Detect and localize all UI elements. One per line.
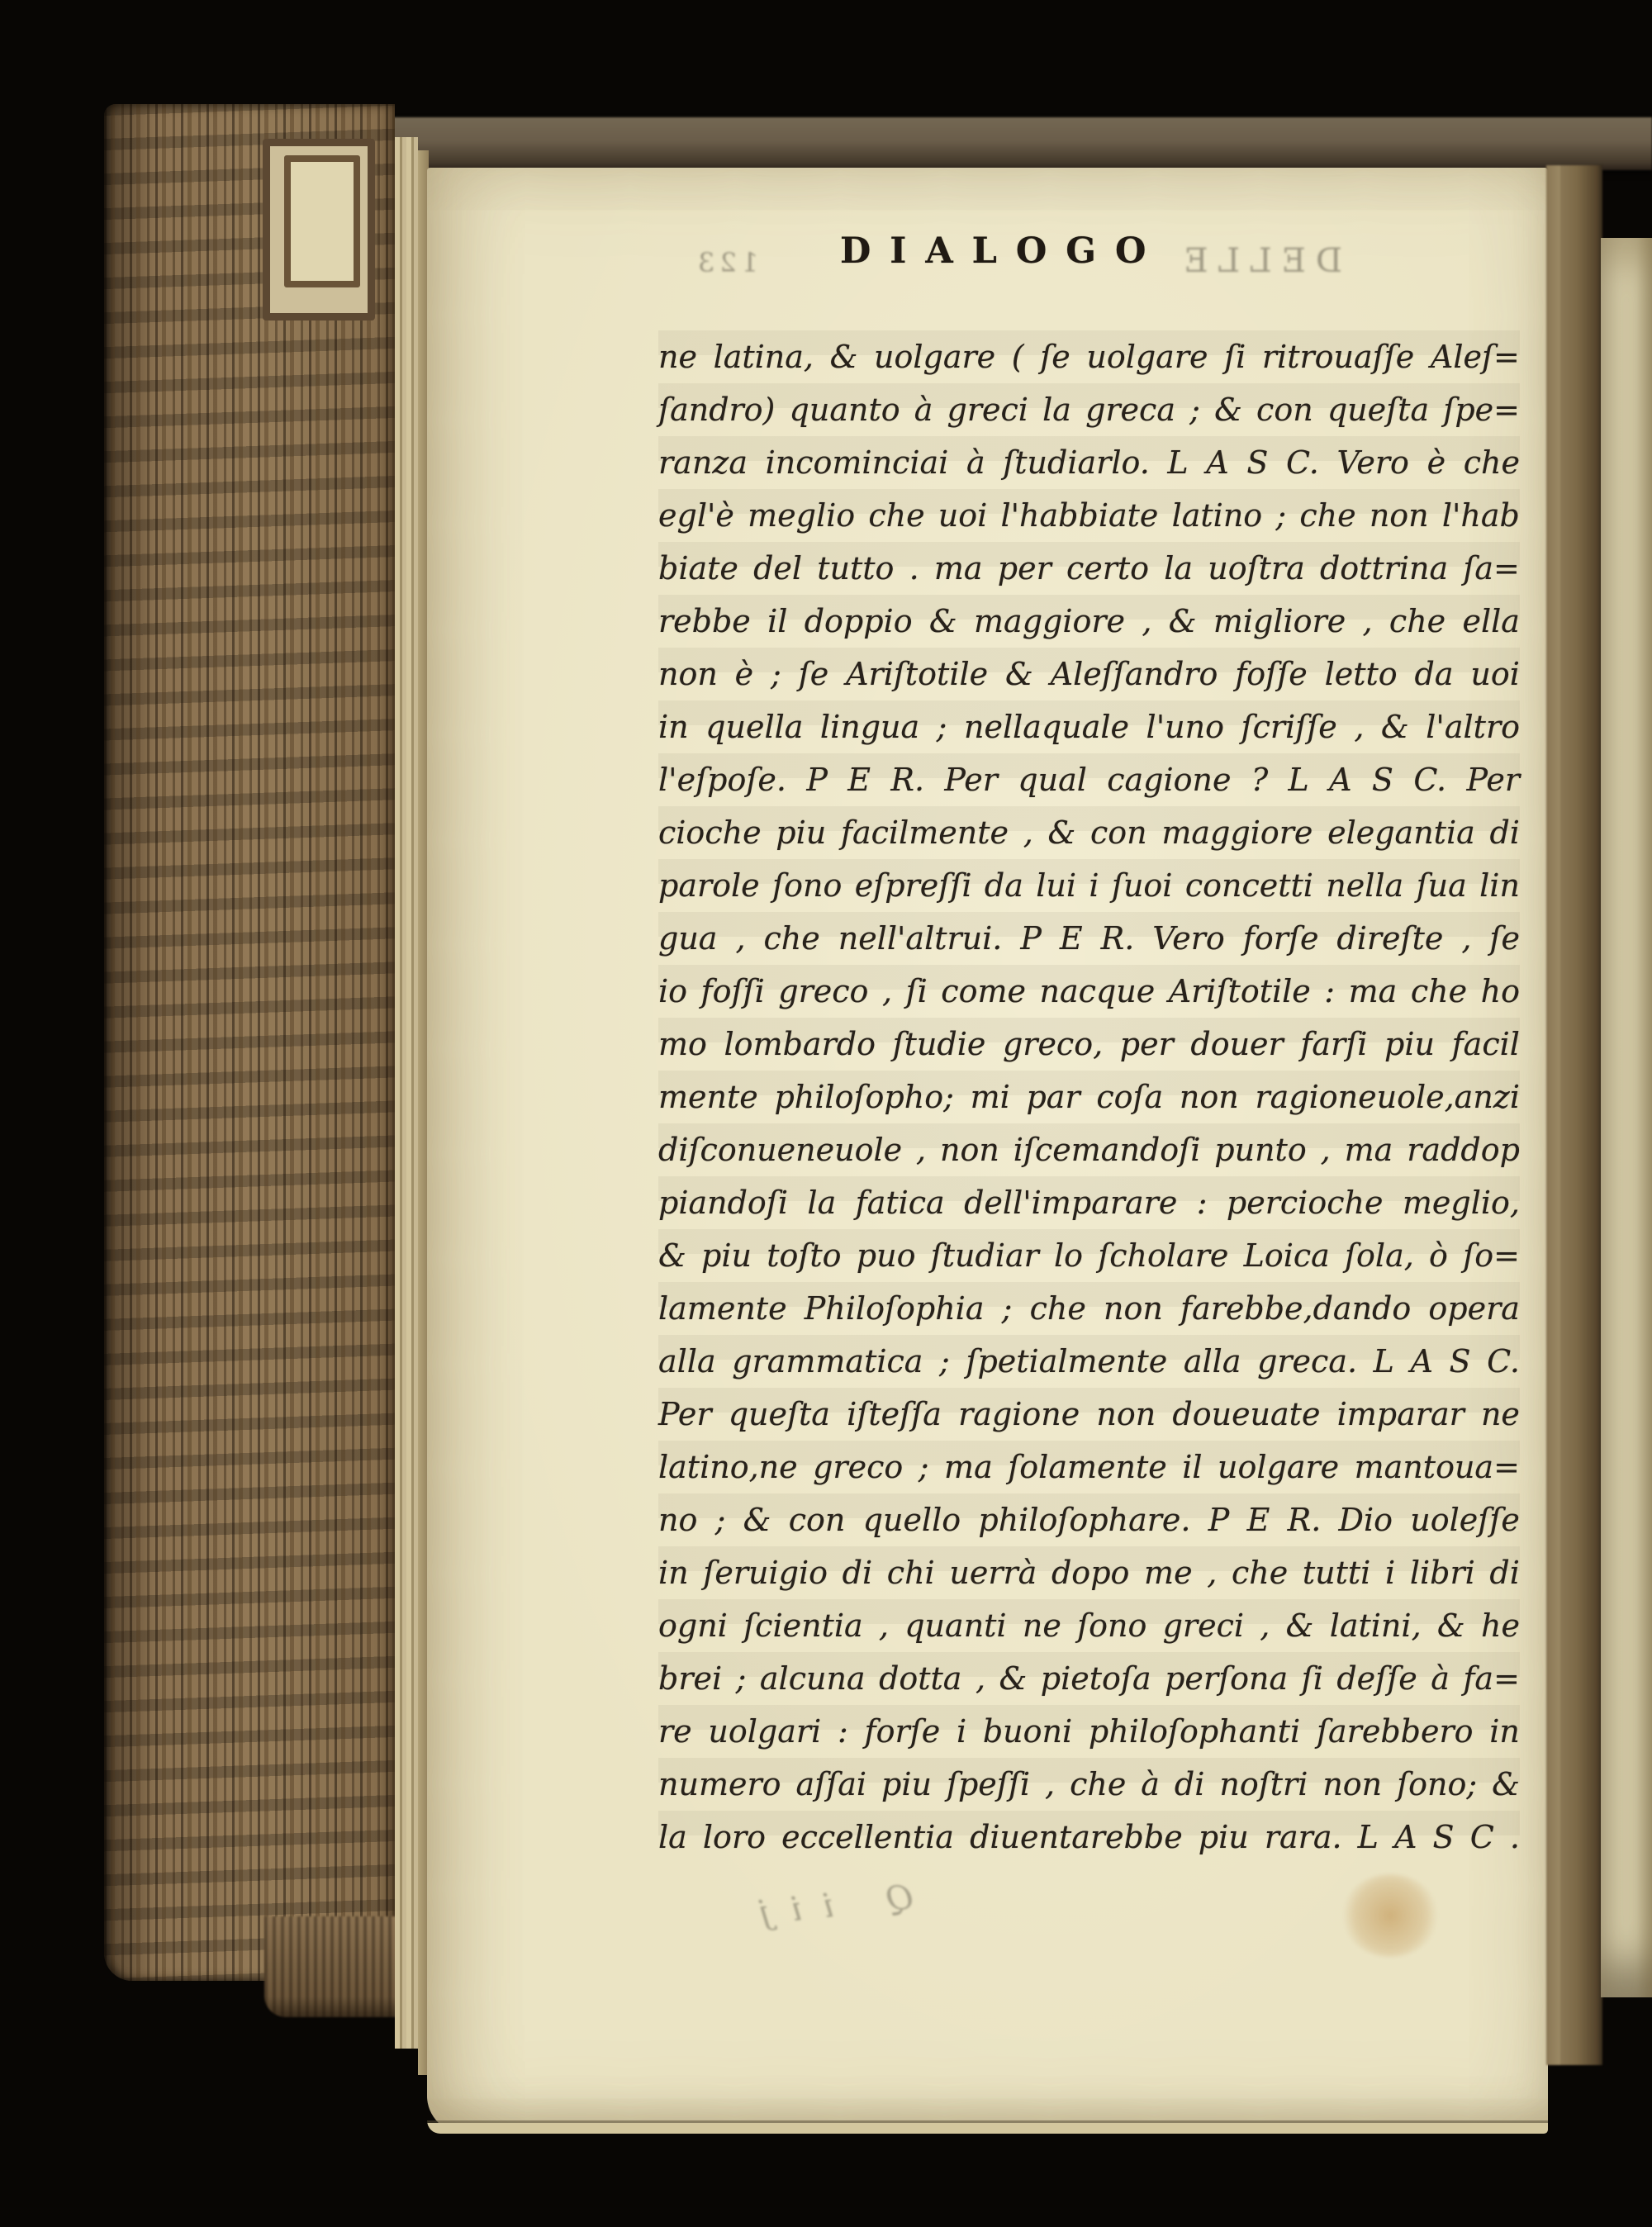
text-line: no;&conquellophiloſophare.PER.Diouoleſſe [658,1493,1520,1546]
text-line: egl'èmegliocheuoil'habbiatelatino;chenon… [658,489,1520,542]
text-line: rebbeildoppio&maggiore,&migliore,cheella [658,595,1520,648]
text-line: ſandro)quantoàgrecilagreca;&conqueſtaſpe… [658,383,1520,436]
text-line: lamentePhiloſophia;chenonfarebbe,dandoop… [658,1282,1520,1335]
paper-stain [1342,1874,1438,1957]
page-edge-strip [395,137,418,2049]
text-line: latino,negreco;maſolamenteiluolgaremanto… [658,1441,1520,1493]
text-line: reuolgari:forſeibuoniphiloſophantiſarebb… [658,1705,1520,1758]
gutter-shadow [1546,165,1602,2065]
book-page: 123 D I A L O G O DELLE LING nelatina,&u… [427,168,1548,2134]
text-line: ogniſcientia,quantineſonogreci,&latini,&… [658,1599,1520,1652]
showthrough-running-title: DELLE LING [1185,242,1342,280]
text-line: brei;alcunadotta,&pietoſaperſonaſideſſeà… [658,1652,1520,1705]
text-line: piandoſilafaticadell'imparare:perciochem… [658,1176,1520,1229]
text-line: paroleſonoeſpreſſidaluiiſuoiconcettinell… [658,859,1520,912]
text-line: laloroeccellentiadiuentarebbepiurara.LAS… [658,1811,1520,1864]
text-line: Perqueſtaiſteſſaragionenondoueuateimpara… [658,1388,1520,1441]
text-line: biatedeltutto.mapercertolauoſtradottrina… [658,542,1520,595]
text-line: diſconueneuole,noniſcemandoſipunto,marad… [658,1123,1520,1176]
page-bottom-edge [427,2120,1548,2134]
text-line: inſeruigiodichiuerràdopome,chetuttiilibr… [658,1546,1520,1599]
showthrough-signature: Q iij [736,1878,915,1935]
fore-edge-page-stack [104,104,395,1981]
text-block: nelatina,&uolgare(ſeuolgareſiritrouaſſeA… [658,330,1520,1864]
text-line: &piutoſtopuoſtudiarloſcholareLoicaſola,ò… [658,1229,1520,1282]
text-line: nonè;ſeAriſtotile&Aleſſandrofoſſelettoda… [658,648,1520,700]
text-line: ranzaincominciaiàſtudiarlo.LASC.Veroèche [658,436,1520,489]
text-line: iofoſſigreco,ſicomenacqueAriſtotile:mach… [658,965,1520,1018]
facing-page-edge [1601,238,1652,1997]
book-scan: 123 D I A L O G O DELLE LING nelatina,&u… [0,0,1652,2227]
text-line: mentephiloſopho;miparcoſanonragioneuole,… [658,1071,1520,1123]
text-line: nelatina,&uolgare(ſeuolgareſiritrouaſſeA… [658,330,1520,383]
text-line: allagrammatica;ſpetialmenteallagreca.LAS… [658,1335,1520,1388]
text-line: molombardoſtudiegreco,perdouerfarſipiufa… [658,1018,1520,1071]
showthrough-page-number: 123 [693,247,758,278]
text-line: gua,chenell'altrui.PER.Veroforſedireſte,… [658,912,1520,965]
text-line: ciochepiufacilmente,&conmaggioreeleganti… [658,806,1520,859]
text-line: l'eſpoſe.PER.Perqualcagione?LASC.Per [658,753,1520,806]
running-title: D I A L O G O [840,230,1149,272]
underleaf-corner [284,155,360,287]
text-line: inquellalingua;nellaqualel'unoſcriſſe,&l… [658,700,1520,753]
text-line: numeroaſſaipiuſpeſſi,cheàdinoſtrinonſono… [658,1758,1520,1811]
